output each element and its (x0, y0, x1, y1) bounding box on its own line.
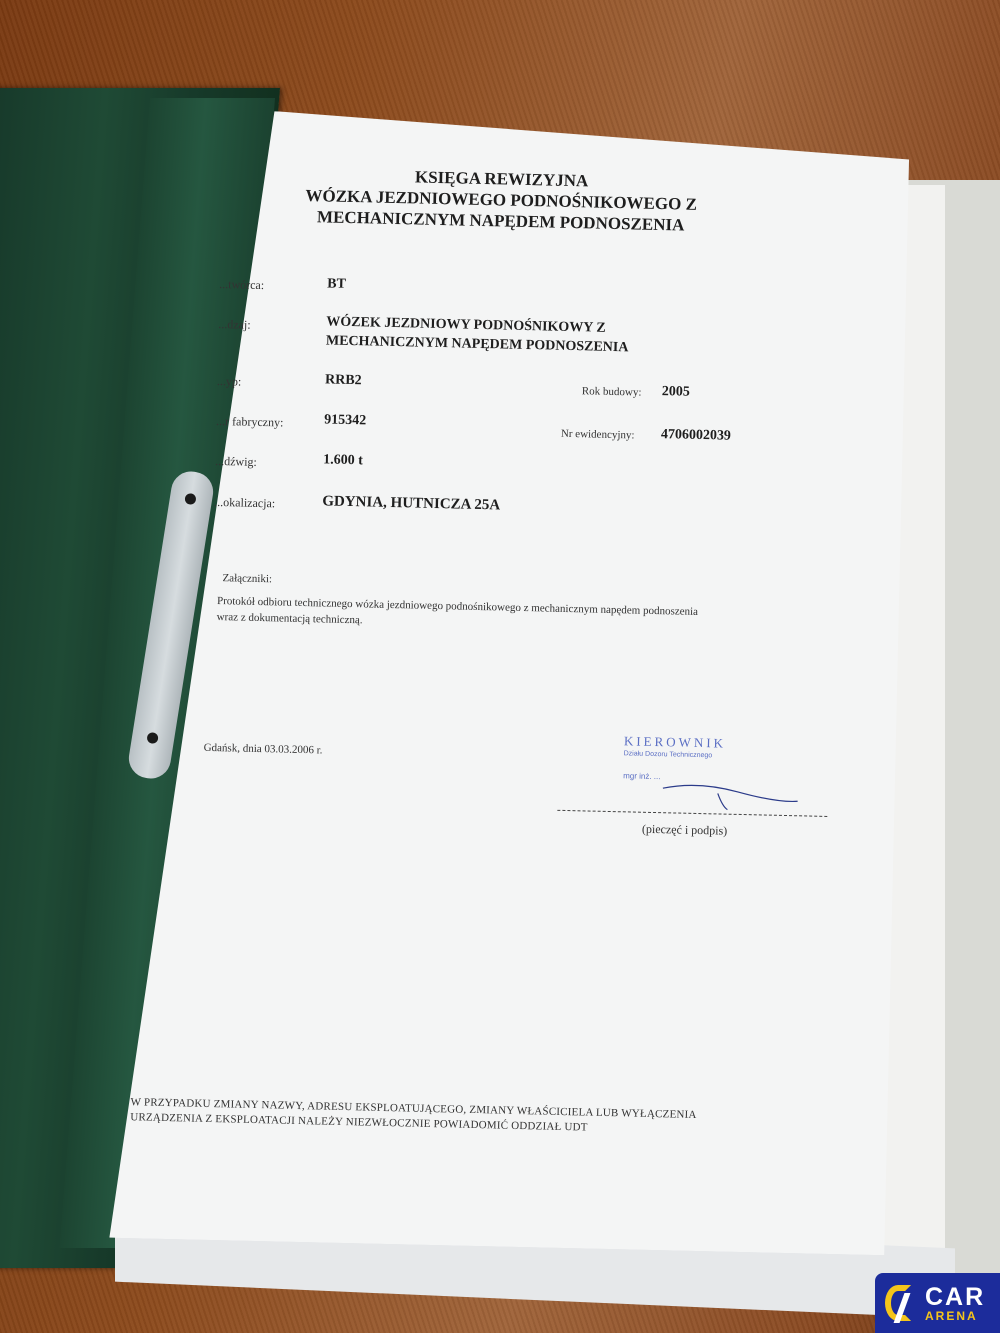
watermark-line2: ARENA (925, 1310, 985, 1322)
model-label: ...yp: (217, 374, 242, 390)
serial-number-label: ...r fabryczny: (216, 414, 284, 431)
registration-number-label: Nr ewidencyjny: (561, 428, 635, 442)
year-built-label: Rok budowy: (582, 385, 642, 398)
manufacturer-value: BT (327, 276, 346, 292)
official-stamp: KIEROWNIK Działu Dozoru Technicznego mgr… (623, 733, 726, 782)
device-type-label: ...dzaj: (218, 317, 251, 333)
fastener-hole (146, 732, 159, 745)
attachments-label: Załączniki: (222, 572, 272, 585)
model-value: RRB2 (325, 372, 362, 389)
signature-caption: (pieczęć i podpis) (642, 822, 728, 839)
car-arena-logo-icon (885, 1285, 917, 1321)
capacity-label: ...dźwig: (215, 454, 257, 470)
car-arena-watermark: CAR ARENA (875, 1273, 1000, 1333)
document-title: KSIĘGA REWIZYJNA WÓZKA JEZDNIOWEGO PODNO… (221, 162, 782, 238)
capacity-value: 1.600 t (323, 452, 363, 469)
watermark-line1: CAR (925, 1285, 985, 1310)
registration-number-value: 4706002039 (661, 427, 731, 445)
location-label: ...okalizacja: (214, 495, 275, 511)
year-built-value: 2005 (662, 384, 690, 401)
fastener-hole (184, 493, 197, 506)
serial-number-value: 915342 (324, 412, 366, 429)
manufacturer-label: ...twórca: (219, 277, 264, 293)
signature-scribble (657, 780, 808, 813)
